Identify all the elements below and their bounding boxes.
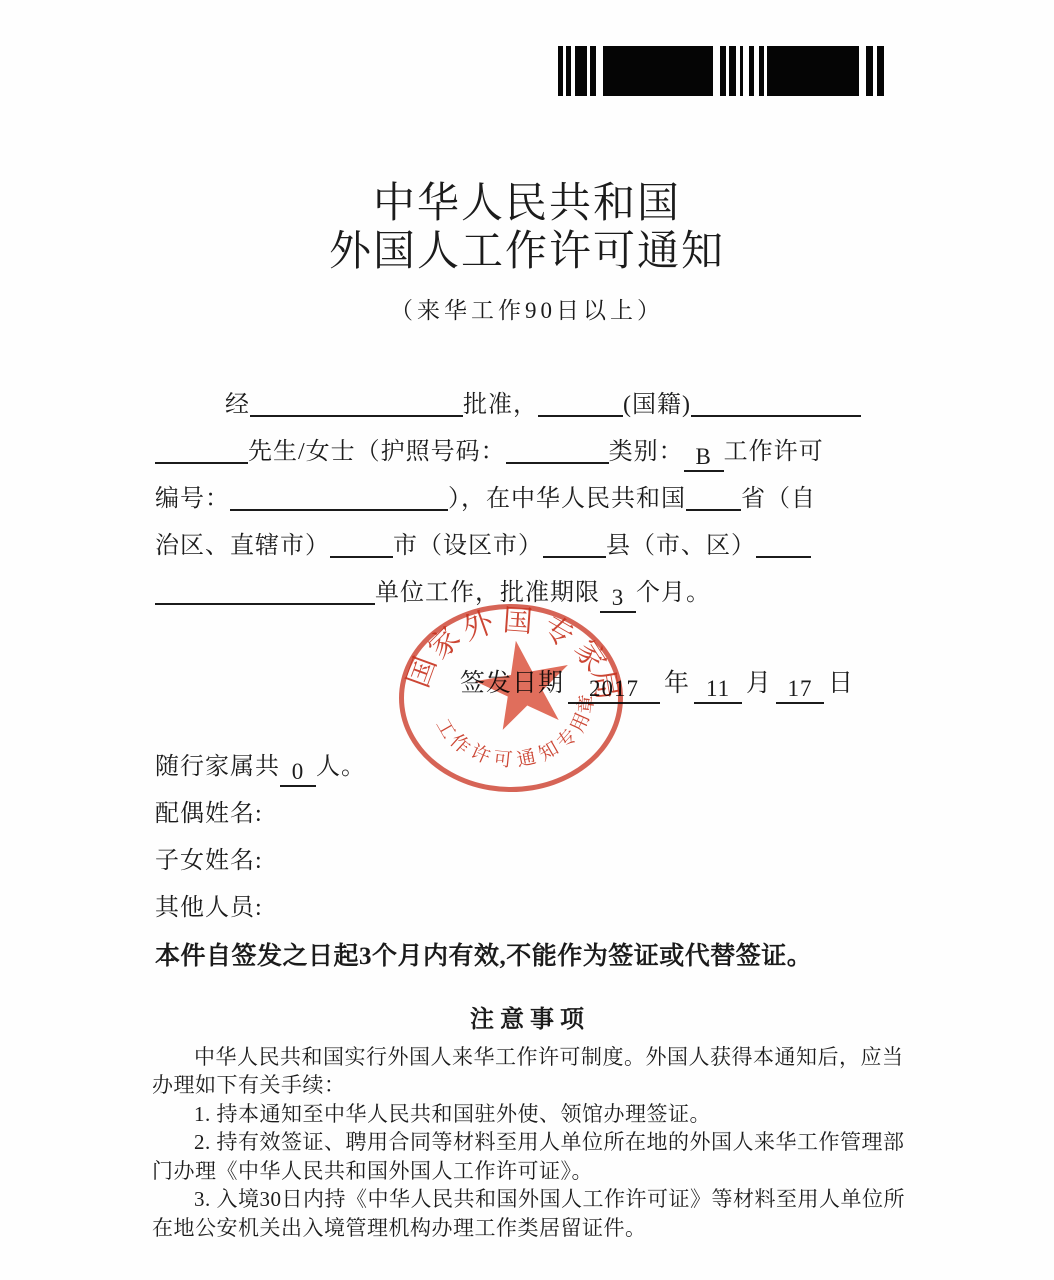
accompany-label: 随行家属共	[155, 754, 280, 780]
accompanying-family-line: 随行家属共0人。	[155, 744, 925, 791]
blank-category: B	[684, 440, 724, 472]
form-text: 县（市、区）	[606, 533, 756, 559]
notes-intro: 中华人民共和国实行外国人来华工作许可制度。外国人获得本通知后，应当办理如下有关手…	[152, 1043, 908, 1100]
children-name-line: 子女姓名:	[155, 838, 925, 885]
issue-date-line: 签发日期2017年11月17日	[460, 660, 854, 707]
blank-district	[756, 526, 811, 558]
spouse-name-line: 配偶姓名:	[155, 791, 925, 838]
issue-date-unit: 日	[828, 670, 854, 697]
blank-nationality	[691, 385, 861, 417]
blank-permit-number	[230, 479, 448, 511]
other-personnel-line: 其他人员:	[155, 885, 925, 932]
form-text: 编号：	[155, 486, 230, 512]
form-text: ），在中华人民共和国	[448, 486, 686, 512]
notes-heading: 注意事项	[152, 1006, 908, 1035]
issue-date-unit: 月	[746, 670, 772, 697]
barcode	[558, 46, 888, 96]
form-line-2: 先生/女士（护照号码：类别：B工作许可	[155, 429, 915, 476]
blank-passport-number	[506, 432, 609, 464]
issue-date-label: 签发日期	[460, 670, 564, 697]
note-item: 1. 持本通知至中华人民共和国驻外使、领馆办理签证。	[152, 1100, 908, 1129]
form-text: 个月。	[636, 580, 711, 606]
blank-name	[155, 432, 248, 464]
form-line-5: 单位工作，批准期限3个月。	[155, 570, 915, 617]
blank-applicant	[538, 385, 623, 417]
doc-title-line1: 中华人民共和国	[0, 180, 1054, 228]
validity-notice: 本件自签发之日起3个月内有效,不能作为签证或代替签证。	[155, 932, 925, 982]
blank-approved-months: 3	[600, 581, 636, 613]
blank-issue-day: 17	[776, 672, 824, 704]
doc-title: 中华人民共和国 外国人工作许可通知	[0, 180, 1054, 276]
document-page: 中华人民共和国 外国人工作许可通知 （来华工作90日以上） 经批准，(国籍) 先…	[0, 0, 1054, 1280]
form-text: 单位工作，批准期限	[375, 580, 600, 606]
blank-issue-month: 11	[694, 672, 742, 704]
form-text: (国籍)	[623, 392, 691, 418]
approval-paragraph: 经批准，(国籍) 先生/女士（护照号码：类别：B工作许可 编号：），在中华人民共…	[155, 382, 915, 617]
blank-city	[330, 526, 393, 558]
blank-family-count: 0	[280, 755, 316, 787]
form-text: 经	[225, 392, 250, 418]
blank-employer	[155, 573, 375, 605]
form-text: 工作许可	[724, 439, 824, 465]
blank-province	[686, 479, 741, 511]
form-text: 市（设区市）	[393, 533, 543, 559]
blank-issue-year: 2017	[568, 672, 660, 704]
notes-section: 注意事项 中华人民共和国实行外国人来华工作许可制度。外国人获得本通知后，应当办理…	[152, 1006, 908, 1242]
form-line-1: 经批准，(国籍)	[155, 382, 915, 429]
family-section: 随行家属共0人。 配偶姓名: 子女姓名: 其他人员: 本件自签发之日起3个月内有…	[155, 744, 925, 982]
note-item: 3. 入境30日内持《中华人民共和国外国人工作许可证》等材料至用人单位所在地公安…	[152, 1185, 908, 1242]
accompany-suffix: 人。	[316, 754, 366, 780]
form-text: 类别：	[609, 439, 684, 465]
blank-county	[543, 526, 606, 558]
issue-date-unit: 年	[664, 670, 690, 697]
blank-approving-authority	[250, 385, 463, 417]
form-line-4: 治区、直辖市）市（设区市）县（市、区）	[155, 523, 915, 570]
form-line-3: 编号：），在中华人民共和国省（自	[155, 476, 915, 523]
form-text: 先生/女士（护照号码：	[248, 439, 506, 465]
form-text: 治区、直辖市）	[155, 533, 330, 559]
doc-subtitle: （来华工作90日以上）	[0, 292, 1054, 325]
form-text: 批准，	[463, 392, 538, 418]
form-text: 省（自	[741, 486, 816, 512]
note-item: 2. 持有效签证、聘用合同等材料至用人单位所在地的外国人来华工作管理部门办理《中…	[152, 1128, 908, 1185]
doc-title-line2: 外国人工作许可通知	[0, 228, 1054, 276]
